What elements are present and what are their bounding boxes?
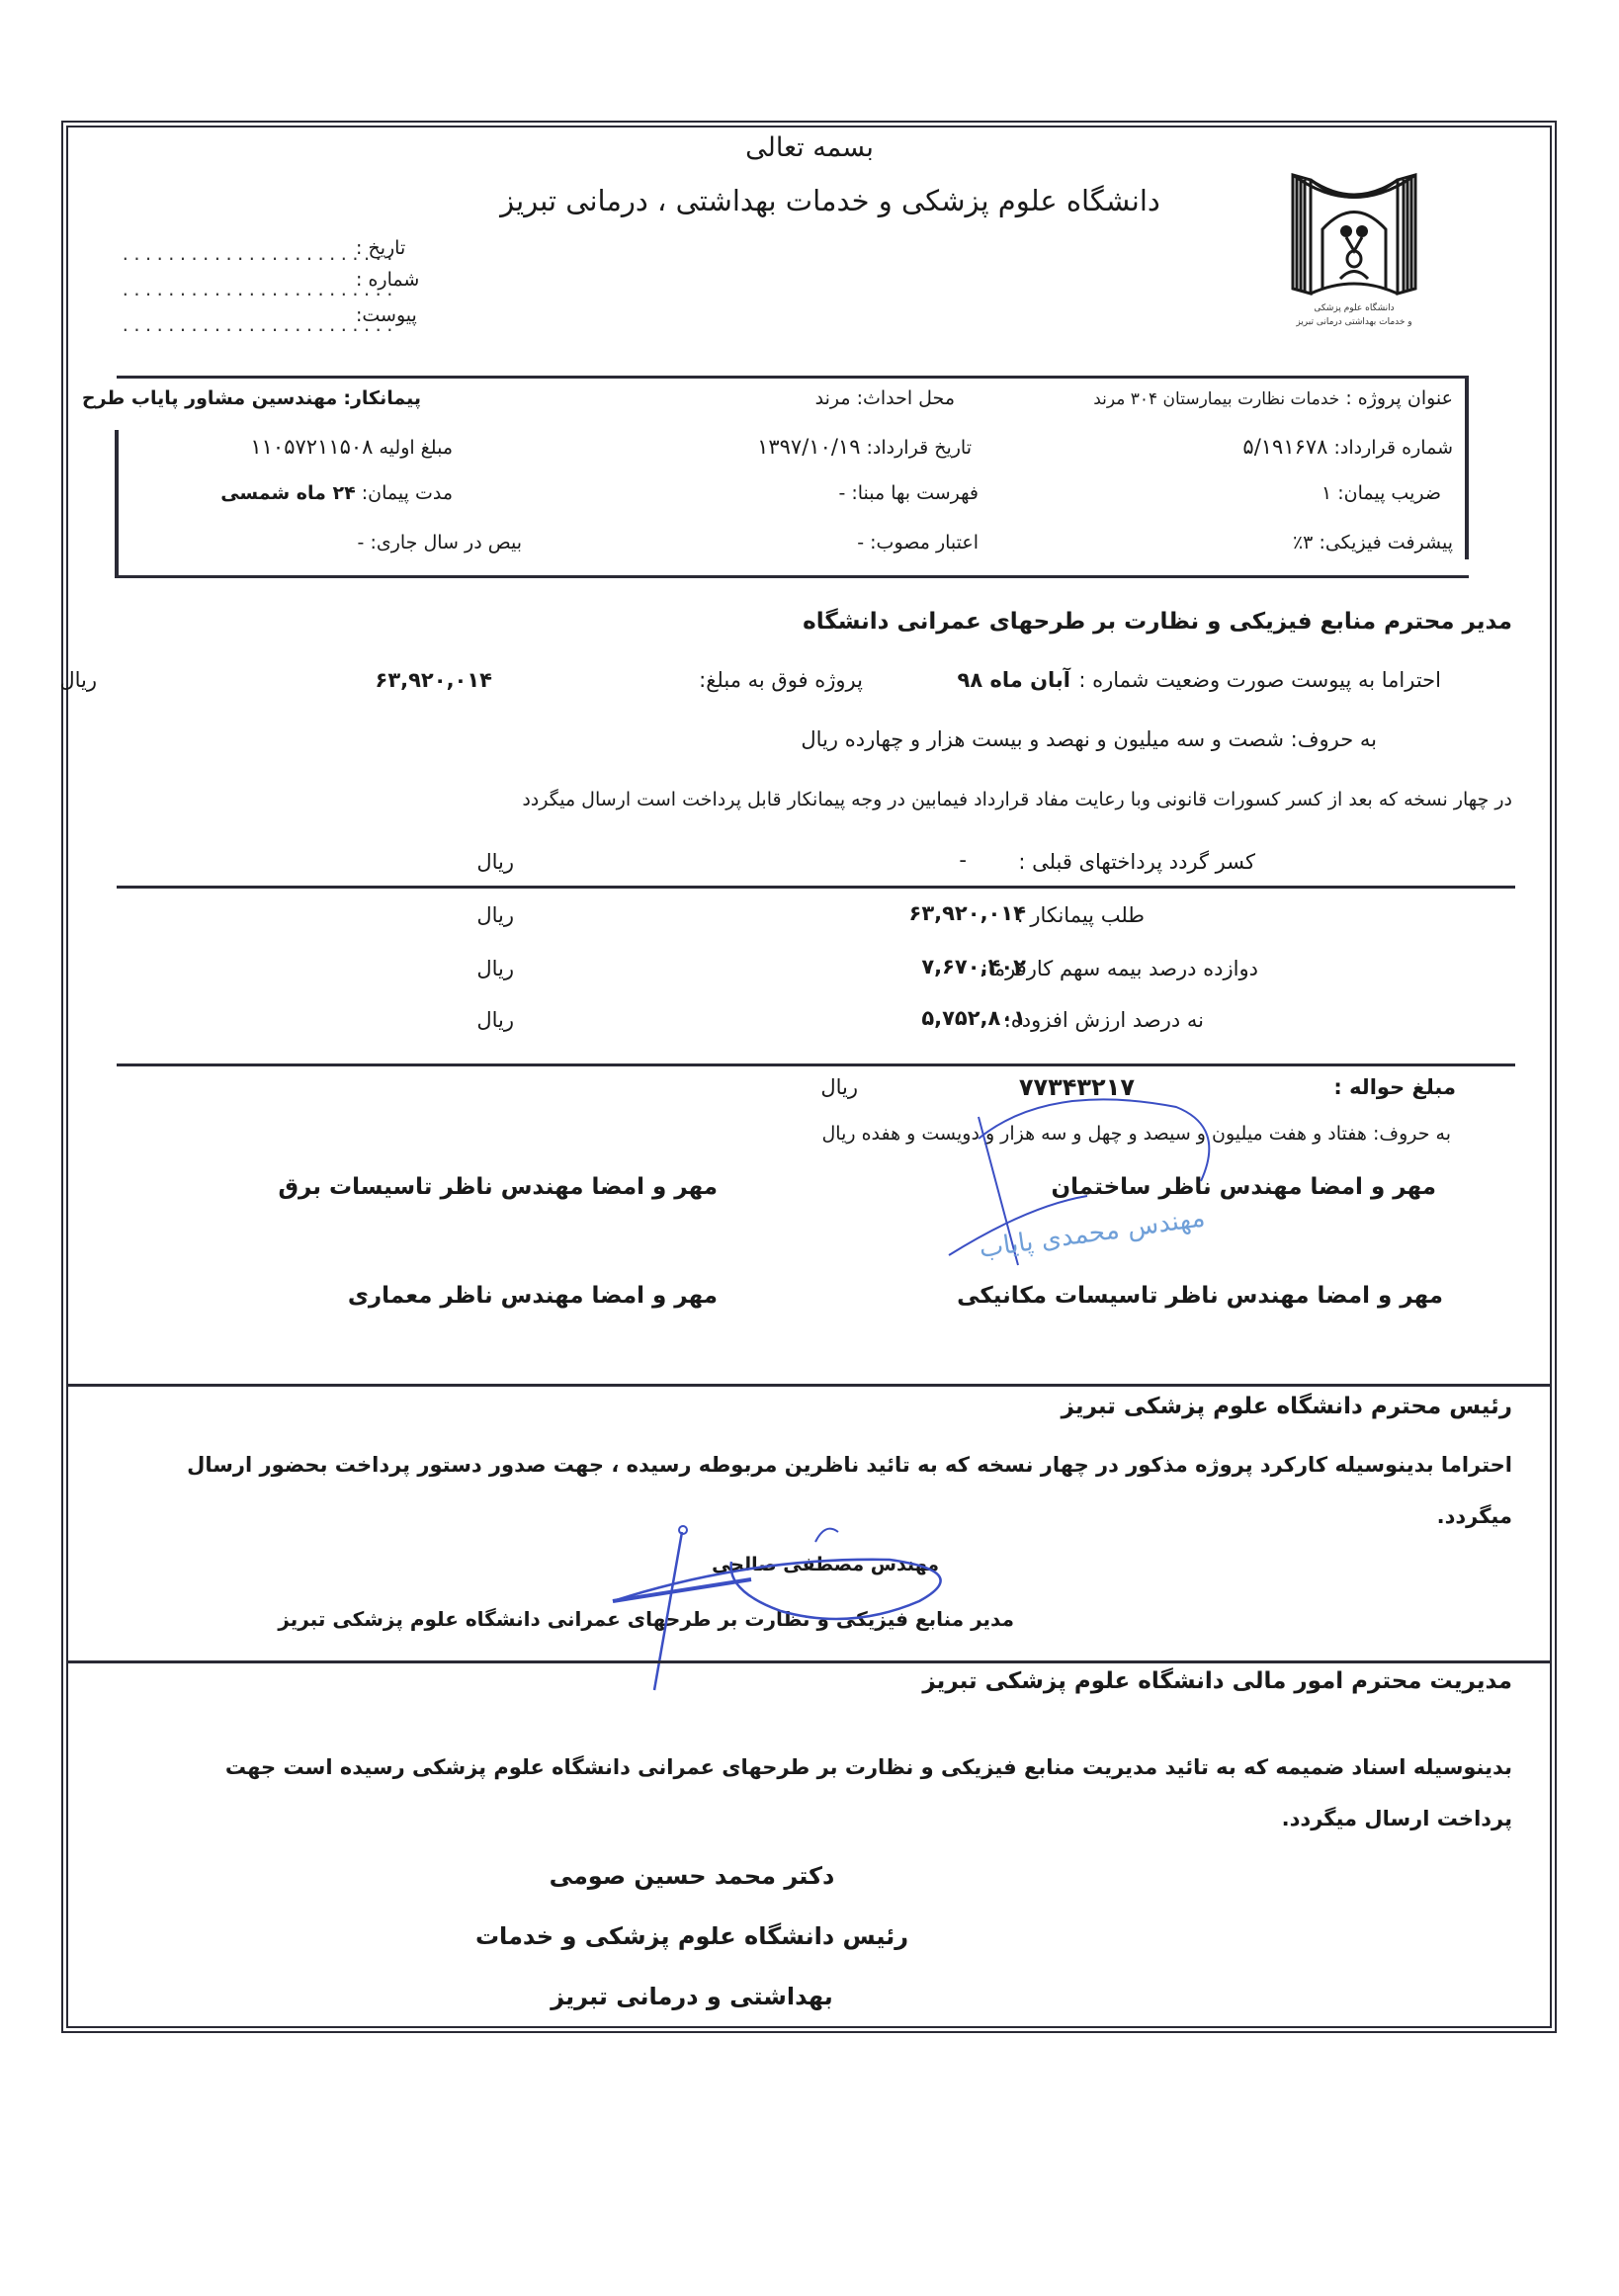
contract-duration: مدت پیمان: ۲۴ ماه شمسی — [220, 482, 453, 504]
signature-mechanical-engineer: مهر و امضا مهندس ناظر تاسیسات مکانیکی — [957, 1283, 1443, 1309]
project-title: عنوان پروژه : خدمات نظارت بیمارستان ۳۰۴ … — [1093, 387, 1453, 409]
duration-label: مدت پیمان: — [362, 482, 453, 504]
calc-label-previous: کسر گردد پرداختهای قبلی : — [1018, 850, 1255, 874]
letter3-body-line1: بدینوسیله اسناد ضمیمه که به تائید مدیریت… — [225, 1755, 1512, 1779]
physical-progress: پیشرفت فیزیکی: ۳٪ — [1293, 532, 1453, 553]
transfer-words-value: هفتاد و هفت میلیون و سیصد و چهل و سه هزا… — [821, 1123, 1366, 1145]
in-words-label: به حروف: — [1291, 727, 1377, 751]
letter3-body-line2: پرداخت ارسال میگردد. — [1282, 1807, 1512, 1830]
current-year-value: - — [358, 532, 365, 553]
location-label: محل احداث: — [857, 387, 955, 409]
in-words-value: شصت و سه میلیون و نهصد و بیست هزار و چها… — [801, 727, 1284, 751]
initial-amount-label: مبلغ اولیه — [379, 437, 453, 459]
initial-amount: مبلغ اولیه ۱۱۰۵۷۲۱۱۵۰۸ — [250, 435, 453, 459]
amount-intro: پروژه فوق به مبلغ: — [699, 668, 863, 692]
svg-text:و خدمات بهداشتی درمانی تبریز: و خدمات بهداشتی درمانی تبریز — [1295, 317, 1411, 327]
letter2-addressee: رئیس محترم دانشگاه علوم پزشکی تبریز — [1062, 1394, 1512, 1419]
approved-credit-value: - — [857, 532, 864, 553]
contract-date-label: تاریخ قرارداد: — [867, 437, 972, 459]
letter2-body-line1: احتراما بدینوسیله کارکرد پروژه مذکور در … — [187, 1453, 1512, 1477]
letter1-addressee: مدیر محترم منابع فیزیکی و نظارت بر طرحها… — [803, 609, 1512, 635]
letter1-conclusion: در چهار نسخه که بعد از کسر کسورات قانونی… — [522, 789, 1512, 810]
current-year-label: بیص در سال جاری: — [370, 532, 522, 553]
signature-electrical-engineer: مهر و امضا مهندس ناظر تاسیسات برق — [278, 1174, 718, 1200]
section-divider-1 — [68, 1384, 1551, 1387]
coefficient-value: ۱ — [1321, 482, 1331, 504]
letter3-signer-title-line1: رئیس دانشگاه علوم پزشکی و خدمات — [415, 1922, 969, 1950]
transfer-amount-label: مبلغ حواله : — [1333, 1075, 1456, 1099]
approved-credit: اعتبار مصوب: - — [857, 532, 979, 553]
transfer-amount-value: ۷۷۳۴۳۲۱۷ — [1019, 1073, 1135, 1101]
statement-amount: ۶۳,۹۲۰,۰۱۴ — [376, 668, 493, 692]
duration-value: ۲۴ ماه شمسی — [220, 482, 356, 504]
letter2-signer-name: مهندس مصطفی صالحی — [712, 1554, 939, 1575]
transfer-words-label: به حروف: — [1373, 1123, 1451, 1145]
info-box-bottom-border — [115, 575, 1469, 578]
calc-value-contractor-claim: ۶۳,۹۲۰,۰۱۴ — [909, 901, 1027, 925]
info-box-top-border — [117, 376, 1468, 379]
calc-unit-insurance: ریال — [476, 957, 514, 980]
signature-building-engineer: مهر و امضا مهندس ناظر ساختمان — [1052, 1174, 1436, 1200]
university-logo: دانشگاه علوم پزشکی و خدمات بهداشتی درمان… — [1281, 160, 1427, 328]
contract-date-value: ۱۳۹۷/۱۰/۱۹ — [757, 435, 860, 459]
approved-credit-label: اعتبار مصوب: — [870, 532, 979, 553]
logo-emblem-icon: دانشگاه علوم پزشکی و خدمات بهداشتی درمان… — [1281, 160, 1427, 328]
attachment-field: ........................ — [121, 316, 396, 335]
calc-divider — [117, 886, 1515, 889]
number-field: ........................ — [121, 281, 396, 299]
section-divider-2 — [68, 1660, 1551, 1663]
contract-number-label: شماره قرارداد: — [1334, 437, 1454, 459]
contractor-label: پیمانکار: — [343, 387, 421, 409]
contract-date: تاریخ قرارداد: ۱۳۹۷/۱۰/۱۹ — [757, 435, 972, 459]
location-value: مرند — [815, 387, 851, 409]
progress-label: پیشرفت فیزیکی: — [1319, 532, 1453, 553]
coefficient-label: ضریب پیمان: — [1337, 482, 1441, 504]
calc-unit-vat: ریال — [476, 1008, 514, 1032]
university-name: دانشگاه علوم پزشکی و خدمات بهداشتی ، درم… — [395, 184, 1265, 217]
project-title-value: خدمات نظارت بیمارستان ۳۰۴ مرند — [1093, 389, 1339, 409]
amount-in-words: به حروف: شصت و سه میلیون و نهصد و بیست ه… — [801, 727, 1377, 751]
letter1-intro: احتراما به پیوست صورت وضعیت شماره : — [1078, 668, 1441, 692]
info-box-right-border — [1465, 376, 1469, 559]
calc-value-previous: - — [959, 848, 967, 872]
calc-value-insurance: ۷,۶۷۰,۴۰۲ — [921, 955, 1026, 978]
letter2-signer-title: مدیر منابع فیزیکی و نظارت بر طرحهای عمرا… — [278, 1607, 1014, 1631]
contract-coefficient: ضریب پیمان: ۱ — [1321, 482, 1441, 504]
location: محل احداث: مرند — [815, 387, 955, 409]
letter3-signer-title-line2: بهداشتی و درمانی تبریز — [415, 1983, 969, 2010]
statement-currency: ریال — [59, 668, 97, 692]
page-border-inner — [66, 126, 1552, 2028]
progress-value: ۳٪ — [1293, 532, 1313, 553]
transfer-in-words: به حروف: هفتاد و هفت میلیون و سیصد و چهل… — [821, 1123, 1451, 1145]
date-field: ........................ — [121, 245, 396, 264]
letter3-addressee: مدیریت محترم امور مالی دانشگاه علوم پزشک… — [922, 1668, 1512, 1694]
price-list: فهرست بها مبنا: - — [838, 482, 979, 504]
transfer-amount-unit: ریال — [820, 1075, 858, 1099]
letter2-body-line2: میگردد. — [1437, 1504, 1512, 1528]
invocation: بسمه تعالی — [0, 132, 1619, 163]
contractor: پیمانکار: مهندسین مشاور پایاب طرح — [82, 387, 421, 409]
letter3-signer-name: دکتر محمد حسین صومی — [415, 1862, 969, 1890]
transfer-divider — [117, 1063, 1515, 1066]
contractor-value: مهندسین مشاور پایاب طرح — [82, 387, 337, 409]
calc-value-vat: ۵,۷۵۲,۸۰۱ — [921, 1006, 1026, 1030]
calc-label-vat: نه درصد ارزش افزوده: — [1004, 1008, 1204, 1032]
contract-number-value: ۵/۱۹۱۶۷۸ — [1242, 435, 1327, 459]
current-year-credit: بیص در سال جاری: - — [358, 532, 522, 553]
calc-label-contractor-claim: طلب پیمانکار : — [1017, 903, 1145, 927]
price-list-value: - — [838, 482, 845, 504]
statement-number: آبان ماه ۹۸ — [958, 668, 1070, 692]
calc-unit-contractor-claim: ریال — [476, 903, 514, 927]
svg-text:دانشگاه علوم پزشکی: دانشگاه علوم پزشکی — [1314, 301, 1394, 313]
calc-unit-previous: ریال — [476, 850, 514, 874]
price-list-label: فهرست بها مبنا: — [851, 482, 979, 504]
contract-number: شماره قرارداد: ۵/۱۹۱۶۷۸ — [1242, 435, 1453, 459]
info-box-left-border — [115, 430, 119, 578]
initial-amount-value: ۱۱۰۵۷۲۱۱۵۰۸ — [250, 435, 373, 459]
project-title-label: عنوان پروژه : — [1345, 387, 1453, 409]
signature-architecture-engineer: مهر و امضا مهندس ناظر معماری — [348, 1283, 718, 1309]
